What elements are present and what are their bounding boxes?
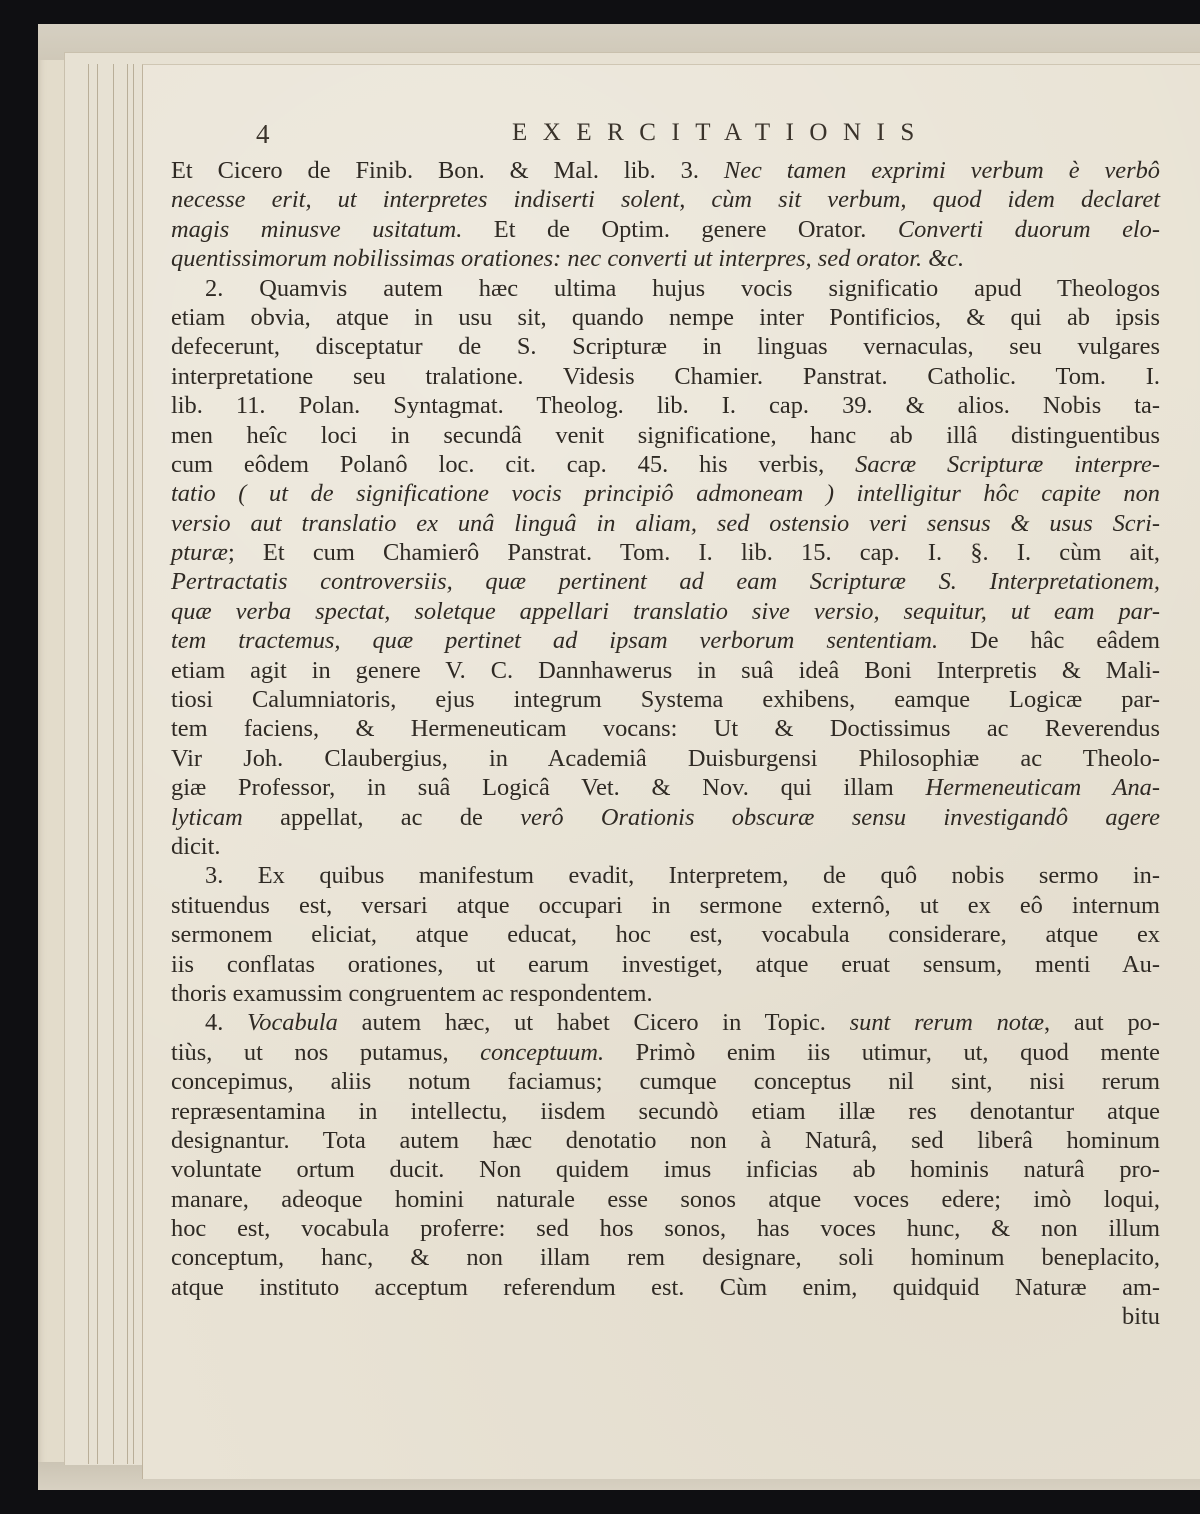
- running-head: 4 EXERCITATIONIS: [256, 119, 986, 149]
- roman-text: 3. Ex quibus manifestum evadit, Interpre…: [205, 862, 1160, 889]
- roman-text: appellat, ac de: [243, 804, 520, 831]
- italic-text: quentissimorum nobilissimas orationes: n…: [171, 245, 964, 272]
- italic-text: pturæ: [171, 539, 228, 566]
- catchword: bitu: [171, 1302, 1160, 1331]
- text-line: versio aut translatio ex unâ linguâ in a…: [171, 509, 1160, 538]
- text-line: thoris examussim congruentem ac responde…: [171, 979, 1160, 1008]
- roman-text: sermonem eliciat, atque educat, hoc est,…: [171, 921, 1160, 948]
- roman-text: De hâc eâdem: [938, 627, 1160, 654]
- italic-text: sunt rerum notæ: [850, 1009, 1044, 1036]
- text-line: designantur. Tota autem hæc denotatio no…: [171, 1126, 1160, 1155]
- roman-text: repræsentamina in intellectu, iisdem sec…: [171, 1098, 1160, 1125]
- italic-text: Pertractatis controversiis, quæ pertinen…: [171, 568, 1160, 595]
- roman-text: tiùs, ut nos putamus,: [171, 1039, 480, 1066]
- roman-text: tem faciens, & Hermeneuticam vocans: Ut …: [171, 715, 1160, 742]
- text-line: magis minusve usitatum. Et de Optim. gen…: [171, 215, 1160, 244]
- italic-text: tatio ( ut de significatione vocis princ…: [171, 480, 1160, 507]
- roman-text: Primò enim iis utimur, ut, quod mente: [604, 1039, 1160, 1066]
- page-stack-edge: [113, 64, 114, 1464]
- roman-text: designantur. Tota autem hæc denotatio no…: [171, 1127, 1160, 1154]
- text-line: atque instituto acceptum referendum est.…: [171, 1273, 1160, 1302]
- page-stack-edge: [127, 64, 128, 1464]
- text-line: quentissimorum nobilissimas orationes: n…: [171, 244, 1160, 273]
- roman-text: giæ Professor, in suâ Logicâ Vet. & Nov.…: [171, 774, 925, 801]
- text-line: tiùs, ut nos putamus, conceptuum. Primò …: [171, 1038, 1160, 1067]
- text-line: lib. 11. Polan. Syntagmat. Theolog. lib.…: [171, 391, 1160, 420]
- page-stack-edge: [88, 64, 89, 1464]
- roman-text: defecerunt, disceptatur de S. Scripturæ …: [171, 333, 1160, 360]
- text-line: cum eôdem Polanô loc. cit. cap. 45. his …: [171, 450, 1160, 479]
- roman-text: lib. 11. Polan. Syntagmat. Theolog. lib.…: [171, 392, 1160, 419]
- roman-text: etiam agit in genere V. C. Dannhawerus i…: [171, 657, 1160, 684]
- text-line: lyticam appellat, ac de verô Orationis o…: [171, 803, 1160, 832]
- italic-text: quæ verba spectat, soletque appellari tr…: [171, 598, 1160, 625]
- roman-text: manare, adeoque homini naturale esse son…: [171, 1186, 1160, 1213]
- roman-text: conceptum, hanc, & non illam rem designa…: [171, 1244, 1160, 1271]
- roman-text: bitu: [1122, 1303, 1160, 1330]
- roman-text: tiosi Calumniatoris, ejus integrum Syste…: [171, 686, 1160, 713]
- text-line: tatio ( ut de significatione vocis princ…: [171, 479, 1160, 508]
- italic-text: Converti duorum elo-: [898, 216, 1160, 243]
- text-line: sermonem eliciat, atque educat, hoc est,…: [171, 920, 1160, 949]
- roman-text: voluntate ortum ducit. Non quidem imus i…: [171, 1156, 1160, 1183]
- roman-text: Vir Joh. Claubergius, in Academiâ Duisbu…: [171, 745, 1160, 772]
- text-line: men heîc loci in secundâ venit significa…: [171, 421, 1160, 450]
- text-line: interpretatione seu tralatione. Videsis …: [171, 362, 1160, 391]
- body-text: Et Cicero de Finib. Bon. & Mal. lib. 3. …: [171, 156, 1160, 1332]
- text-line: conceptum, hanc, & non illam rem designa…: [171, 1243, 1160, 1272]
- text-line: repræsentamina in intellectu, iisdem sec…: [171, 1097, 1160, 1126]
- roman-text: thoris examussim congruentem ac responde…: [171, 980, 653, 1007]
- italic-text: magis minusve usitatum.: [171, 216, 462, 243]
- italic-text: Hermeneuticam Ana-: [925, 774, 1160, 801]
- italic-text: Nec tamen exprimi verbum è verbô: [724, 157, 1160, 184]
- text-line: hoc est, vocabula proferre: sed hos sono…: [171, 1214, 1160, 1243]
- text-line: 4. Vocabula autem hæc, ut habet Cicero i…: [171, 1008, 1160, 1037]
- roman-text: hoc est, vocabula proferre: sed hos sono…: [171, 1215, 1160, 1242]
- text-line: etiam obvia, atque in usu sit, quando ne…: [171, 303, 1160, 332]
- page-stack-edge: [133, 64, 134, 1464]
- roman-text: cum eôdem Polanô loc. cit. cap. 45. his …: [171, 451, 855, 478]
- italic-text: conceptuum.: [480, 1039, 604, 1066]
- text-line: stituendus est, versari atque occupari i…: [171, 891, 1160, 920]
- italic-text: versio aut translatio ex unâ linguâ in a…: [171, 510, 1160, 537]
- italic-text: lyticam: [171, 804, 243, 831]
- text-line: tem tractemus, quæ pertinet ad ipsam ver…: [171, 626, 1160, 655]
- text-line: dicit.: [171, 832, 1160, 861]
- text-line: manare, adeoque homini naturale esse son…: [171, 1185, 1160, 1214]
- text-line: concepimus, aliis notum faciamus; cumque…: [171, 1067, 1160, 1096]
- roman-text: stituendus est, versari atque occupari i…: [171, 892, 1160, 919]
- text-line: Et Cicero de Finib. Bon. & Mal. lib. 3. …: [171, 156, 1160, 185]
- roman-text: , aut po-: [1044, 1009, 1160, 1036]
- text-line: 2. Quamvis autem hæc ultima hujus vocis …: [171, 274, 1160, 303]
- page-number: 4: [256, 119, 270, 150]
- text-line: quæ verba spectat, soletque appellari tr…: [171, 597, 1160, 626]
- roman-text: iis conflatas orationes, ut earum invest…: [171, 951, 1160, 978]
- page-stack-edge: [97, 64, 98, 1464]
- roman-text: interpretatione seu tralatione. Videsis …: [171, 363, 1160, 390]
- italic-text: tem tractemus, quæ pertinet ad ipsam ver…: [171, 627, 938, 654]
- text-line: etiam agit in genere V. C. Dannhawerus i…: [171, 656, 1160, 685]
- running-head-title: EXERCITATIONIS: [512, 119, 930, 147]
- roman-text: dicit.: [171, 833, 220, 860]
- roman-text: atque instituto acceptum referendum est.…: [171, 1274, 1160, 1301]
- text-line: necesse erit, ut interpretes indiserti s…: [171, 185, 1160, 214]
- italic-text: Vocabula: [247, 1009, 338, 1036]
- text-line: 3. Ex quibus manifestum evadit, Interpre…: [171, 861, 1160, 890]
- roman-text: Et de Optim. genere Orator.: [462, 216, 898, 243]
- italic-text: necesse erit, ut interpretes indiserti s…: [171, 186, 1160, 213]
- text-line: Vir Joh. Claubergius, in Academiâ Duisbu…: [171, 744, 1160, 773]
- text-line: defecerunt, disceptatur de S. Scripturæ …: [171, 332, 1160, 361]
- text-line: voluntate ortum ducit. Non quidem imus i…: [171, 1155, 1160, 1184]
- roman-text: ; Et cum Chamierô Panstrat. Tom. I. lib.…: [228, 539, 1160, 566]
- roman-text: concepimus, aliis notum faciamus; cumque…: [171, 1068, 1160, 1095]
- text-line: iis conflatas orationes, ut earum invest…: [171, 950, 1160, 979]
- roman-text: men heîc loci in secundâ venit significa…: [171, 422, 1160, 449]
- roman-text: 4.: [205, 1009, 247, 1036]
- roman-text: etiam obvia, atque in usu sit, quando ne…: [171, 304, 1160, 331]
- text-line: pturæ; Et cum Chamierô Panstrat. Tom. I.…: [171, 538, 1160, 567]
- text-line: Pertractatis controversiis, quæ pertinen…: [171, 567, 1160, 596]
- roman-text: autem hæc, ut habet Cicero in Topic.: [338, 1009, 850, 1036]
- text-line: tiosi Calumniatoris, ejus integrum Syste…: [171, 685, 1160, 714]
- text-line: giæ Professor, in suâ Logicâ Vet. & Nov.…: [171, 773, 1160, 802]
- roman-text: 2. Quamvis autem hæc ultima hujus vocis …: [205, 275, 1160, 302]
- text-line: tem faciens, & Hermeneuticam vocans: Ut …: [171, 714, 1160, 743]
- italic-text: verô Orationis obscuræ sensu investigand…: [520, 804, 1160, 831]
- italic-text: Sacræ Scripturæ interpre-: [855, 451, 1160, 478]
- roman-text: Et Cicero de Finib. Bon. & Mal. lib. 3.: [171, 157, 724, 184]
